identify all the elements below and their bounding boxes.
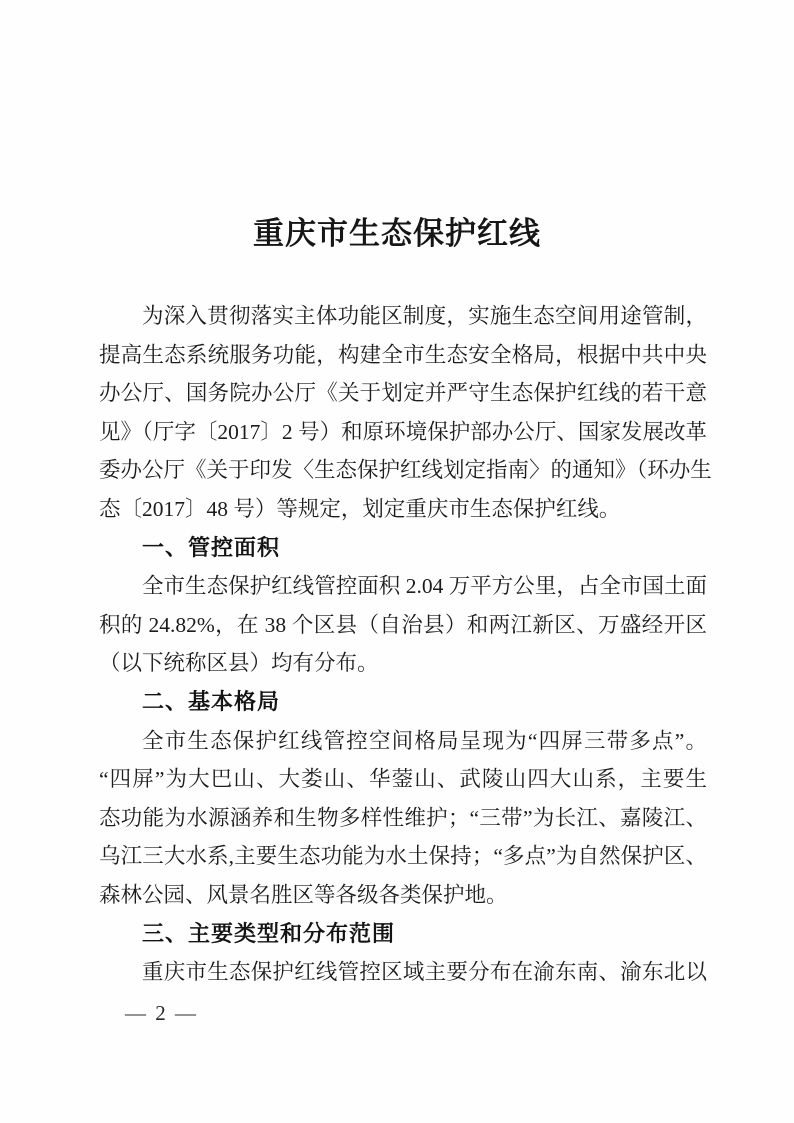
section-heading: 二、基本格局 (99, 683, 707, 722)
paragraph-line: 委办公厅《关于印发〈生态保护红线划定指南〉的通知》（环办生 (99, 451, 707, 490)
paragraph-line: 为深入贯彻落实主体功能区制度，实施生态空间用途管制， (99, 297, 707, 336)
paragraph-line: 态功能为水源涵养和生物多样性维护；“三带”为长江、嘉陵江、 (99, 799, 707, 838)
paragraph-line: 乌江三大水系,主要生态功能为水土保持；“多点”为自然保护区、 (99, 837, 707, 876)
paragraph-line: 积的 24.82%，在 38 个区县（自治县）和两江新区、万盛经开区 (99, 606, 707, 645)
paragraph-line: 全市生态保护红线管控面积 2.04 万平方公里，占全市国土面 (99, 567, 707, 606)
paragraph-line: “四屏”为大巴山、大娄山、华蓥山、武陵山四大山系，主要生 (99, 760, 707, 799)
paragraph-line: 办公厅、国务院办公厅《关于划定并严守生态保护红线的若干意 (99, 374, 707, 413)
paragraph-line: （以下统称区县）均有分布。 (99, 644, 707, 683)
section-heading: 三、主要类型和分布范围 (99, 915, 707, 954)
paragraph-line: 态〔2017〕48 号）等规定，划定重庆市生态保护红线。 (99, 490, 707, 529)
document-title: 重庆市生态保护红线 (0, 212, 794, 256)
paragraph-line: 重庆市生态保护红线管控区域主要分布在渝东南、渝东北以 (99, 953, 707, 992)
paragraph-line: 提高生态系统服务功能，构建全市生态安全格局，根据中共中央 (99, 336, 707, 375)
document-page: 重庆市生态保护红线 为深入贯彻落实主体功能区制度，实施生态空间用途管制，提高生态… (0, 0, 794, 1123)
page-number: — 2 — (125, 998, 198, 1028)
paragraph-line: 见》（厅字〔2017〕2 号）和原环境保护部办公厅、国家发展改革 (99, 413, 707, 452)
document-body: 为深入贯彻落实主体功能区制度，实施生态空间用途管制，提高生态系统服务功能，构建全… (99, 297, 707, 992)
section-heading: 一、管控面积 (99, 529, 707, 568)
paragraph-line: 森林公园、风景名胜区等各级各类保护地。 (99, 876, 707, 915)
paragraph-line: 全市生态保护红线管控空间格局呈现为“四屏三带多点”。 (99, 722, 707, 761)
